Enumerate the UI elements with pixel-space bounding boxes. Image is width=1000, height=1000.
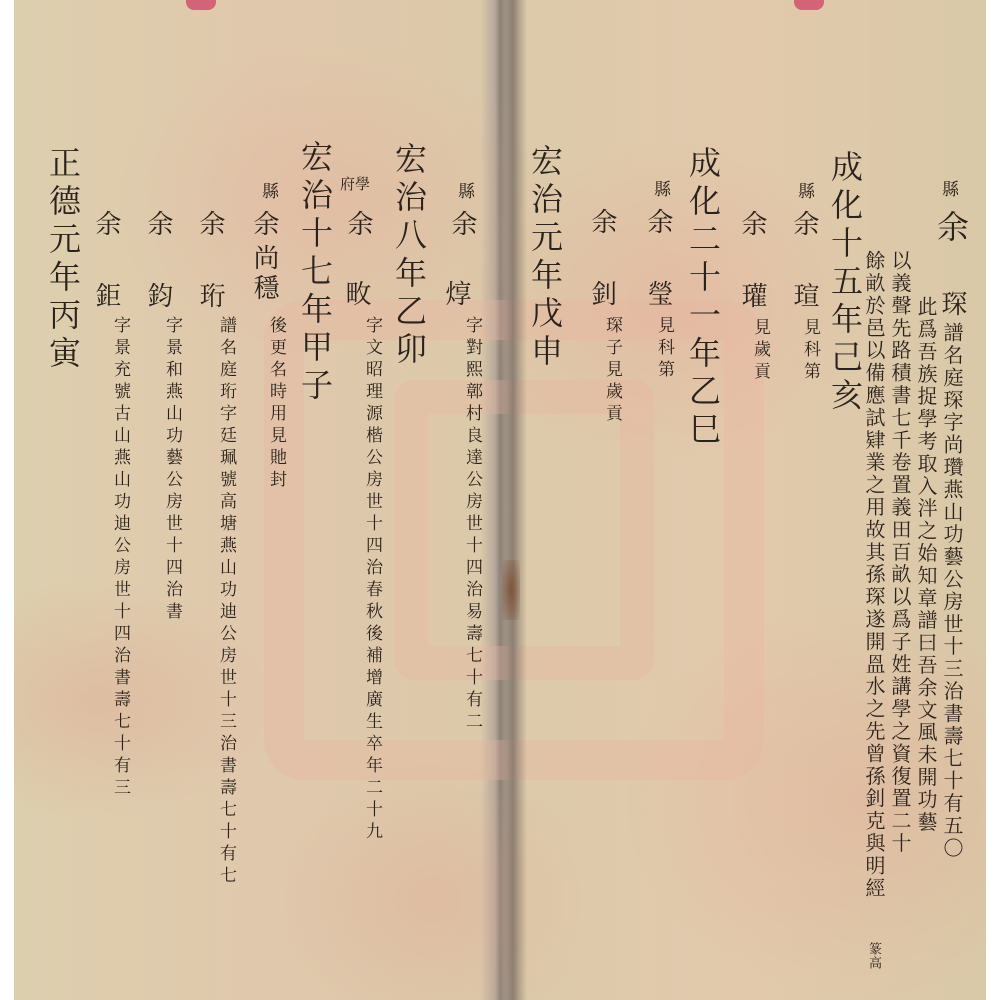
entry-1-note-line-2: 此爲吾族捉學考取入泮之始知章譜曰吾余文風未開功藝 <box>914 296 938 834</box>
entry-7-surname: 余 <box>340 210 377 240</box>
entry-7-name: 畋 <box>338 280 375 310</box>
entry-4-name: 瑩 <box>640 280 677 310</box>
entry-4-surname: 余 <box>640 208 677 238</box>
year-heading-chenghua-21: 成化二十一年乙巳 <box>680 146 726 450</box>
year-heading-hongzhi-1: 宏治元年戊申 <box>522 144 568 372</box>
entry-8-surname: 余 <box>246 210 283 240</box>
gutter-stain <box>502 560 520 620</box>
top-pink-mark-left <box>186 0 216 10</box>
entry-9-name: 珩 <box>192 282 229 312</box>
entry-2-surname: 余 <box>786 210 823 240</box>
entry-8-name: 尚穩 <box>246 244 283 304</box>
entry-10-surname: 余 <box>140 210 177 240</box>
entry-1-surname: 余 <box>928 210 974 248</box>
entry-6-surname: 余 <box>444 210 481 240</box>
entry-3-note: 見歲貢 <box>748 318 773 384</box>
entry-6-name: 焞 <box>438 280 475 310</box>
entry-11-name: 鉅 <box>88 282 125 312</box>
entry-2-name: 瑄 <box>786 282 823 312</box>
entry-8-note: 後更名時用見貤封 <box>264 316 289 492</box>
entry-10-note: 字景和燕山功藝公房世十四治書 <box>160 316 185 624</box>
entry-3-surname: 余 <box>734 210 771 240</box>
entry-10-name: 鈞 <box>140 282 177 312</box>
entry-1-note-line-3: 以義聲先路積書七千卷置義田百畝以爲子姓講學之資復置二十 <box>888 250 912 855</box>
entry-11-note: 字景充號古山燕山功迪公房世十四治書壽七十有三 <box>108 316 133 800</box>
entry-6-prefix: 縣 <box>452 182 477 204</box>
entry-11-surname: 余 <box>88 210 125 240</box>
entry-5-name: 釗 <box>584 280 621 310</box>
entry-7-note: 字文昭理源楷公房世十四治春秋後補增廣生卒年二十九 <box>360 316 385 844</box>
year-heading-chenghua-15: 成化十五年己亥 <box>822 150 868 416</box>
entry-7-prefix: 府學 <box>340 176 358 192</box>
entry-1-prefix: 縣 <box>936 180 961 202</box>
entry-4-prefix: 縣 <box>648 180 673 202</box>
entry-2-note: 見科第 <box>798 318 823 384</box>
entry-3-name: 瓘 <box>734 282 771 312</box>
entry-4-note: 見科第 <box>652 316 677 382</box>
entry-1-note-line-1: 譜名庭琛字尚瓚燕山功藝公房世十三治書壽七十有五〇 <box>940 322 964 860</box>
entry-8-prefix: 縣 <box>256 182 281 204</box>
year-heading-hongzhi-17: 宏治十七年甲子 <box>292 140 338 406</box>
entry-5-note: 琛子見歲貢 <box>600 316 625 426</box>
entry-1-name: 琛 <box>934 290 971 320</box>
year-heading-zhengde-1: 正德元年丙寅 <box>40 146 86 374</box>
entry-6-note: 字對熙鄣村良達公房世十四治易壽七十有二 <box>460 316 485 734</box>
entry-5-surname: 余 <box>584 208 621 238</box>
entry-2-prefix: 縣 <box>792 182 817 204</box>
year-heading-hongzhi-8: 宏治八年乙卯 <box>386 142 432 370</box>
entry-9-note: 譜名庭珩字廷珮號高塘燕山功迪公房世十三治書壽七十有七 <box>214 316 239 888</box>
entry-1-note-tail: 篆高 <box>864 942 883 970</box>
top-pink-mark-right <box>794 0 824 10</box>
entry-9-surname: 余 <box>192 210 229 240</box>
